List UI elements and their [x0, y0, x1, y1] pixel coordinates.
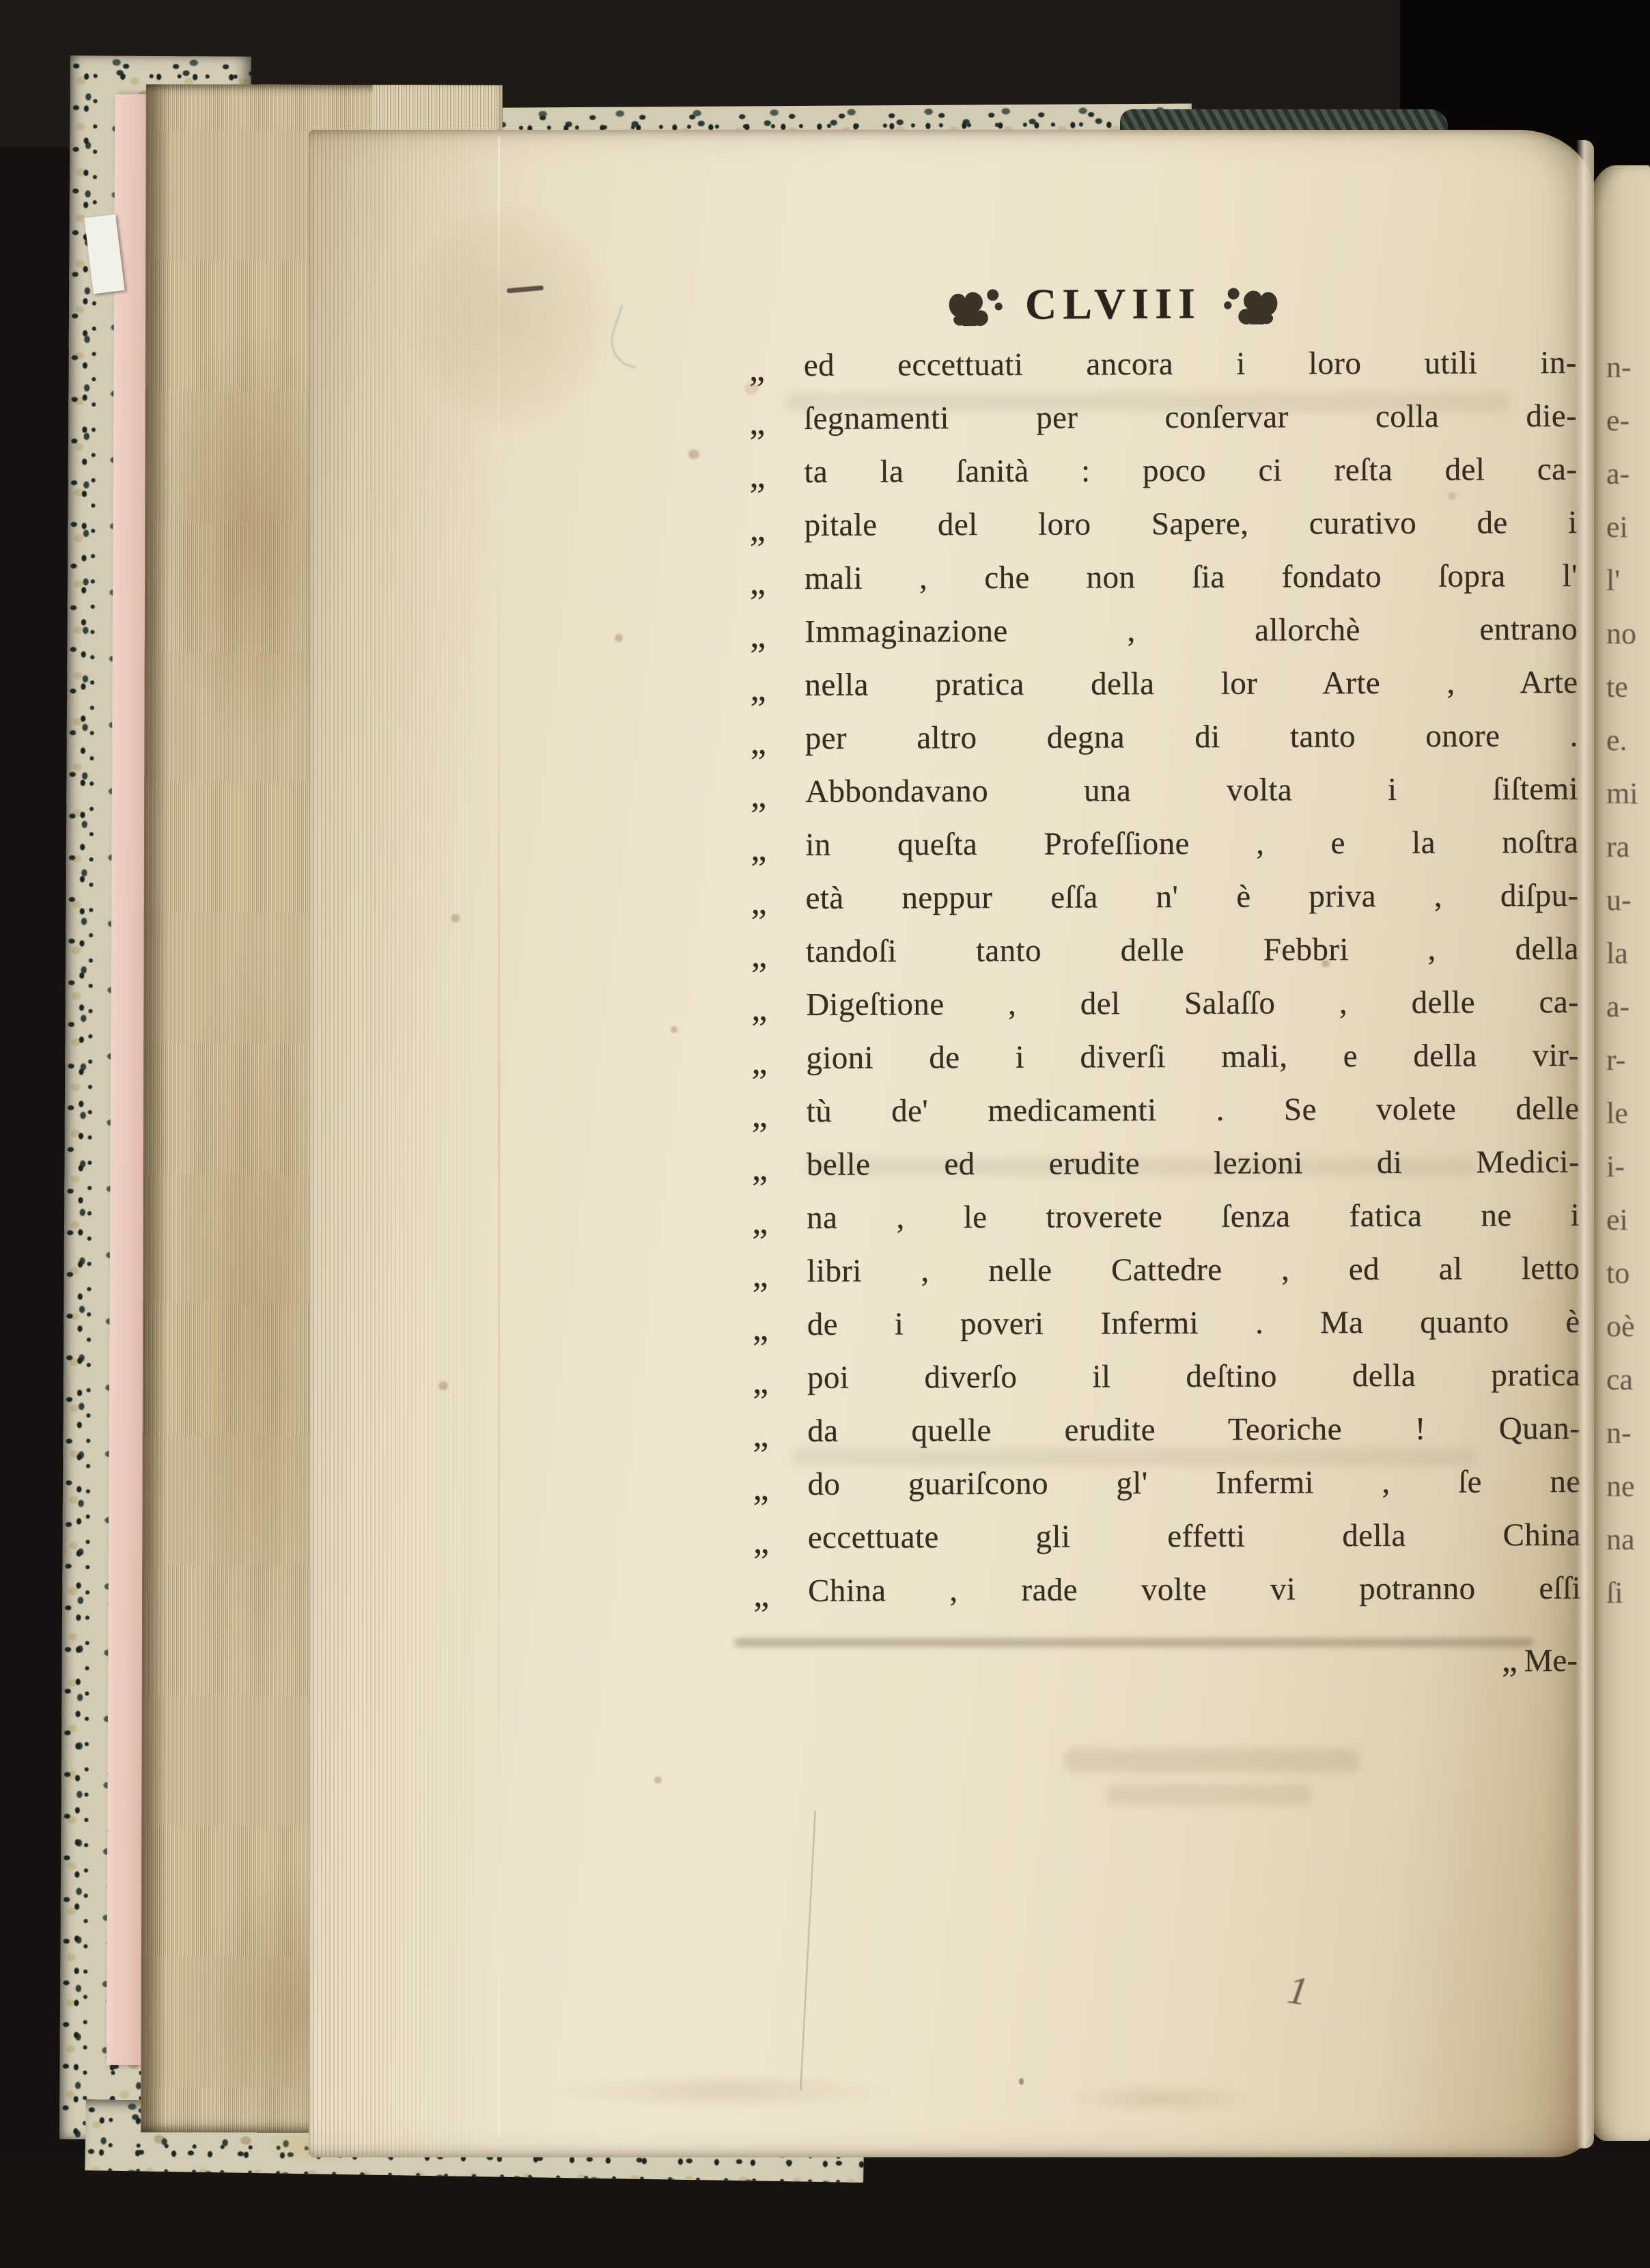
line-text: per altro degna di tanto onore .: [805, 709, 1578, 765]
line-text: nella pratica della lor Arte , Arte: [805, 656, 1578, 712]
text-line: „Immaginazione , allorchè entrano: [750, 603, 1578, 659]
gutter-text-fragment: ca: [1606, 1353, 1650, 1407]
text-line: „ſegnamenti per conſervar colla die-: [749, 389, 1577, 445]
text-line: „pitale del loro Sapere, curativo de i: [750, 496, 1578, 552]
quote-mark: „: [751, 822, 805, 876]
gutter-text-fragment: e-: [1606, 394, 1650, 447]
line-text: belle ed erudite lezioni di Medici-: [807, 1135, 1580, 1191]
quote-mark: „: [751, 876, 805, 929]
gutter-text-fragment: a-: [1606, 447, 1650, 501]
gutter-text-fragments: n-e-a-eil'notee.mirau-laa-r-lei-eitooèca…: [1606, 341, 1650, 1639]
quote-mark: „: [753, 1462, 807, 1515]
quote-mark: „: [752, 1089, 807, 1142]
quote-mark: „: [751, 716, 805, 769]
quote-mark: „: [753, 1409, 807, 1462]
footnote-showthrough: [1106, 1784, 1311, 1805]
text-line: „poi diverſo il deſtino della pratica: [753, 1349, 1580, 1405]
footnote-showthrough: [1065, 1749, 1359, 1772]
line-text: ed eccettuati ancora i loro utili in-: [804, 336, 1577, 392]
quote-mark: „: [749, 450, 804, 503]
line-text: na , le troverete ſenza fatica ne i: [807, 1189, 1580, 1245]
page-curl-striations: [309, 130, 507, 2157]
quote-mark: „: [752, 1142, 807, 1195]
line-text: pitale del loro Sapere, curativo de i: [805, 496, 1578, 552]
gutter-text-fragment: mi: [1606, 767, 1650, 820]
ink-smudge-line: [734, 1638, 1533, 1647]
quote-mark: „: [751, 769, 805, 822]
line-text: ta la ſanità : poco ci reſta del ca-: [804, 443, 1577, 499]
text-line: „da quelle erudite Teoriche ! Quan-: [753, 1402, 1580, 1458]
text-block: „ed eccettuati ancora i loro utili in-„ſ…: [749, 336, 1582, 1618]
text-line: „libri , nelle Cattedre , ed al letto: [752, 1242, 1580, 1298]
quote-mark: „: [753, 1302, 807, 1355]
text-line: „in queſta Profeſſione , e la noſtra: [751, 816, 1578, 872]
text-line: „per altro degna di tanto onore .: [751, 709, 1578, 765]
gutter-text-fragment: ei: [1606, 501, 1650, 554]
text-line: „Abbondavano una volta i ſiſtemi: [751, 762, 1578, 818]
quote-mark: „: [749, 396, 804, 450]
text-line: „età neppur eſſa n' è priva , diſpu-: [751, 869, 1578, 925]
water-stain: [410, 205, 608, 430]
bottom-margin-stain: [546, 2073, 901, 2109]
quote-mark: „: [751, 1036, 806, 1089]
gutter-text-fragment: te: [1606, 661, 1650, 714]
bottom-margin-stain: [1065, 2084, 1257, 2114]
fleuron-icon: [1222, 282, 1282, 324]
gutter-text-fragment: e.: [1606, 714, 1650, 767]
quote-mark: „: [750, 503, 805, 556]
quote-mark: „: [752, 1249, 807, 1302]
text-line: „gioni de i diverſi mali, e della vir-: [751, 1029, 1579, 1085]
gutter-text-fragment: a-: [1606, 980, 1650, 1034]
gutter-text-fragment: oè: [1606, 1300, 1650, 1353]
foxing-spot: [1448, 492, 1457, 500]
text-line: „tandoſi tanto delle Febbri , della: [751, 922, 1579, 978]
line-text: Abbondavano una volta i ſiſtemi: [805, 762, 1578, 818]
quote-mark: „: [753, 1355, 807, 1409]
quote-mark: „: [751, 929, 806, 982]
text-line: „nella pratica della lor Arte , Arte: [750, 656, 1578, 712]
text-line: „China , rade volte vi potranno eſſi: [753, 1562, 1581, 1618]
pencil-dot: [1019, 2078, 1024, 2085]
line-text: poi diverſo il deſtino della pratica: [807, 1349, 1580, 1405]
quote-mark: „: [750, 663, 805, 716]
line-text: libri , nelle Cattedre , ed al letto: [807, 1242, 1580, 1298]
foxing-spot: [615, 634, 623, 642]
text-line: „belle ed erudite lezioni di Medici-: [752, 1135, 1580, 1191]
gutter-text-fragment: n-: [1606, 341, 1650, 394]
foxing-spot: [1322, 960, 1330, 967]
gutter-text-fragment: to: [1606, 1247, 1650, 1300]
gutter-text-fragment: ne: [1606, 1460, 1650, 1513]
text-line: „eccettuate gli effetti della China: [753, 1508, 1581, 1564]
foxing-spot: [654, 1776, 662, 1784]
foxing-spot: [438, 1381, 448, 1390]
page-flat-edge-line: [498, 137, 500, 2138]
line-text: eccettuate gli effetti della China: [808, 1508, 1581, 1564]
line-text: da quelle erudite Teoriche ! Quan-: [807, 1402, 1580, 1458]
text-line: „na , le troverete ſenza fatica ne i: [752, 1189, 1580, 1245]
quote-mark: „: [751, 982, 806, 1036]
gutter-text-fragment: le: [1606, 1087, 1650, 1140]
gutter-text-fragment: n-: [1606, 1407, 1650, 1460]
quote-mark: „: [753, 1515, 808, 1568]
text-line: „de i poveri Infermi . Ma quanto è: [753, 1295, 1580, 1351]
line-text: età neppur eſſa n' è priva , diſpu-: [805, 869, 1578, 925]
gutter-text-fragment: l': [1606, 554, 1650, 607]
foxing-spot: [744, 383, 758, 395]
line-text: de i poveri Infermi . Ma quanto è: [807, 1295, 1580, 1351]
fleuron-icon: [945, 283, 1005, 326]
gutter-text-fragment: ra: [1606, 820, 1650, 874]
text-line: „ed eccettuati ancora i loro utili in-: [749, 336, 1577, 392]
quote-mark: „: [750, 556, 805, 609]
gutter-text-fragment: no: [1606, 607, 1650, 661]
text-line: „Digeſtione , del Salaſſo , delle ca-: [751, 976, 1579, 1032]
running-head: CLVIII: [785, 271, 1441, 336]
foxing-spot: [688, 450, 699, 459]
page-fold-edge: [1576, 140, 1594, 2148]
gutter-text-fragment: u-: [1606, 874, 1650, 927]
quote-mark: „: [750, 609, 805, 663]
text-line: „ta la ſanità : poco ci reſta del ca-: [749, 443, 1577, 499]
quote-mark: „: [753, 1568, 808, 1622]
text-line: „tù de' medicamenti . Se volete delle: [752, 1082, 1580, 1138]
gutter-text-fragment: i-: [1606, 1140, 1650, 1193]
gutter-text-fragment: la: [1606, 927, 1650, 980]
line-text: do guariſcono gl' Infermi , ſe ne: [807, 1455, 1580, 1511]
line-text: mali , che non ſia fondato ſopra l': [805, 549, 1578, 605]
text-line: „mali , che non ſia fondato ſopra l': [750, 549, 1578, 605]
quote-mark: „: [752, 1195, 807, 1249]
book-scan-photo: { "page": { "header": { "page_number": "…: [0, 0, 1650, 2268]
catchword-text: Me-: [1524, 1643, 1578, 1678]
gutter-text-fragment: na: [1606, 1513, 1650, 1566]
gutter-text-fragment: r-: [1606, 1034, 1650, 1087]
gutter-text-fragment: ſi: [1606, 1566, 1650, 1620]
page-number: CLVIII: [1025, 278, 1201, 329]
foxing-spot: [451, 914, 460, 922]
text-line: „do guariſcono gl' Infermi , ſe ne: [753, 1455, 1580, 1511]
line-text: China , rade volte vi potranno eſſi: [808, 1562, 1581, 1618]
line-text: Immaginazione , allorchè entrano: [805, 603, 1578, 659]
foxing-spot: [671, 1026, 677, 1033]
line-text: tandoſi tanto delle Febbri , della: [806, 922, 1579, 978]
gutter-text-fragment: ei: [1606, 1193, 1650, 1247]
line-text: tù de' medicamenti . Se volete delle: [807, 1082, 1580, 1138]
line-text: ſegnamenti per conſervar colla die-: [804, 389, 1577, 445]
line-text: in queſta Profeſſione , e la noſtra: [805, 816, 1578, 872]
line-text: Digeſtione , del Salaſſo , delle ca-: [806, 976, 1579, 1032]
line-text: gioni de i diverſi mali, e della vir-: [806, 1029, 1579, 1085]
